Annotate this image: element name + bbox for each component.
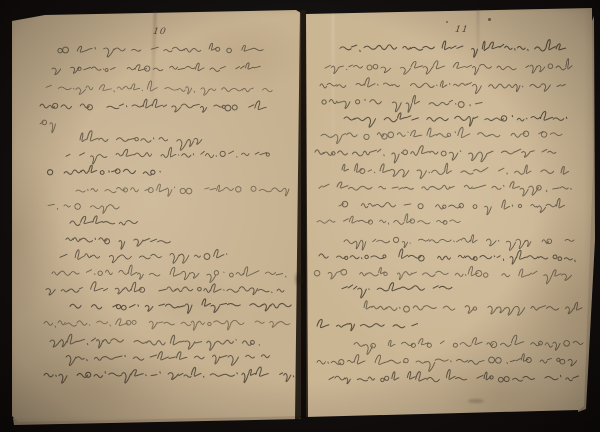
handwriting-line: [342, 283, 452, 298]
handwriting-line: [40, 120, 56, 133]
handwriting-line: [344, 111, 567, 127]
handwriting-line: [320, 78, 565, 94]
handwriting-line: [322, 95, 482, 112]
handwriting-line: [80, 131, 202, 150]
handwriting-line: [342, 163, 569, 178]
handwriting-line: [314, 266, 571, 283]
handwriting-line: [48, 204, 119, 214]
handwriting-line: [60, 249, 227, 263]
handwriting-line: [354, 335, 583, 354]
handwriting-line: [317, 354, 577, 372]
handwriting-line: [329, 369, 579, 383]
handwriting-line: [364, 301, 582, 316]
handwriting-layer: [0, 0, 600, 432]
right-page-number: 11: [454, 25, 469, 35]
handwriting-line: [52, 63, 260, 75]
handwriting-line: [325, 59, 572, 75]
handwriting-line: [317, 214, 460, 225]
handwriting-line: [48, 165, 161, 175]
left-page-number: 10: [152, 27, 167, 37]
handwriting-line: [66, 238, 170, 250]
handwriting-line: [76, 184, 289, 196]
handwriting-right-page: [314, 40, 583, 384]
handwriting-left-page: [40, 43, 294, 383]
handwriting-line: [70, 299, 291, 313]
handwriting-line: [317, 319, 418, 330]
handwriting-line: [66, 352, 269, 366]
handwriting-line: [339, 198, 565, 214]
handwriting-line: [319, 249, 575, 264]
handwriting-line: [340, 40, 566, 58]
handwriting-line: [319, 182, 571, 196]
handwriting-line: [344, 235, 574, 251]
handwriting-line: [66, 147, 269, 164]
handwriting-line: [58, 43, 263, 57]
handwriting-line: [44, 319, 290, 331]
handwriting-line: [50, 334, 260, 350]
handwriting-line: [321, 127, 562, 143]
manuscript-photo: 10 11: [0, 0, 600, 432]
handwriting-line: [70, 216, 137, 226]
handwriting-line: [44, 367, 294, 383]
handwriting-line: [46, 282, 284, 295]
handwriting-line: [46, 81, 272, 95]
handwriting-line: [40, 99, 266, 112]
handwriting-line: [52, 265, 286, 282]
handwriting-line: [315, 146, 556, 163]
